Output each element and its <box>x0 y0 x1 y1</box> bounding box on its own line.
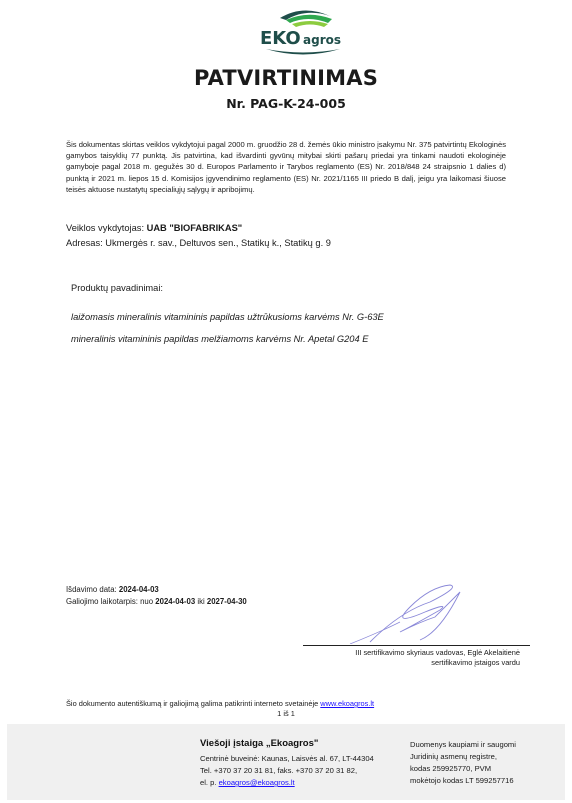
operator-line: Veiklos vykdytojas: UAB "BIOFABRIKAS" <box>66 223 242 233</box>
issue-date: 2024-04-03 <box>119 585 159 594</box>
footer-org-name: Viešoji įstaiga „Ekoagros" <box>200 738 318 749</box>
product-item: mineralinis vitamininis papildas melžiam… <box>71 334 368 344</box>
validity-line: Galiojimo laikotarpis: nuo 2024-04-03 ik… <box>66 597 247 606</box>
website-link[interactable]: www.ekoagros.lt <box>320 699 374 708</box>
verification-note: Šio dokumento autentiškumą ir galiojimą … <box>66 699 374 708</box>
signatory: III sertifikavimo skyriaus vadovas, Eglė… <box>300 648 520 668</box>
footer-phone: Tel. +370 37 20 31 81, faks. +370 37 20 … <box>200 766 357 775</box>
email-link[interactable]: ekoagros@ekoagros.lt <box>219 778 295 787</box>
signatory-capacity: sertifikavimo įstaigos vardu <box>300 658 520 668</box>
product-item: laižomasis mineralinis vitamininis papil… <box>71 312 384 322</box>
valid-from: 2024-04-03 <box>155 597 195 606</box>
email-label: el. p. <box>200 778 219 787</box>
address-value: Ukmergės r. sav., Deltuvos sen., Statikų… <box>105 238 331 248</box>
footer-registry-line: Duomenys kaupiami ir saugomi <box>410 740 516 749</box>
operator-name: UAB "BIOFABRIKAS" <box>147 223 243 233</box>
signature-image <box>340 582 490 644</box>
svg-text:EKO: EKO <box>260 28 301 49</box>
footer-address: Centrinė buveinė: Kaunas, Laisvės al. 67… <box>200 754 374 763</box>
validity-label: Galiojimo laikotarpis: nuo <box>66 597 155 606</box>
page-number: 1 iš 1 <box>0 709 572 718</box>
operator-label: Veiklos vykdytojas: <box>66 223 147 233</box>
verification-text: Šio dokumento autentiškumą ir galiojimą … <box>66 699 320 708</box>
ekoagros-logo: EKO agros <box>258 6 348 56</box>
intro-paragraph: Šis dokumentas skirtas veiklos vykdytoju… <box>66 139 506 195</box>
footer-email-line: el. p. ekoagros@ekoagros.lt <box>200 778 295 787</box>
footer-registry-line: mokėtojo kodas LT 599257716 <box>410 776 514 785</box>
footer-registry-line: Juridinių asmenų registre, <box>410 752 497 761</box>
address-line: Adresas: Ukmergės r. sav., Deltuvos sen.… <box>66 238 331 248</box>
address-label: Adresas: <box>66 238 105 248</box>
footer-registry-line: kodas 259925770, PVM <box>410 764 491 773</box>
issue-date-label: Išdavimo data: <box>66 585 119 594</box>
svg-text:agros: agros <box>303 33 341 47</box>
issue-date-line: Išdavimo data: 2024-04-03 <box>66 585 159 594</box>
document-title: PATVIRTINIMAS <box>0 66 572 90</box>
valid-to: 2027-04-30 <box>207 597 247 606</box>
products-label: Produktų pavadinimai: <box>71 283 163 293</box>
signature-line <box>303 645 530 646</box>
until-word: iki <box>195 597 207 606</box>
document-number: Nr. PAG-K-24-005 <box>0 96 572 111</box>
signatory-title: III sertifikavimo skyriaus vadovas, Eglė… <box>300 648 520 658</box>
